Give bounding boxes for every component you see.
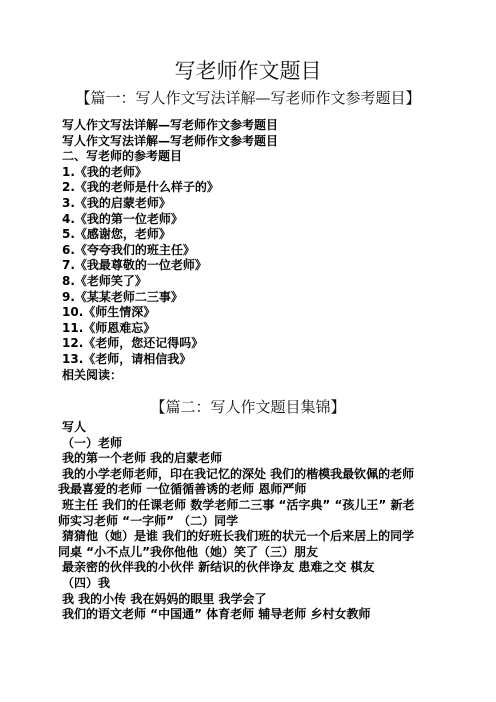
section-2-body: 写人 （一）老师 我的第一个老师 我的启蒙老师 我的小学老师老师，印在我记忆的深… (62, 420, 442, 623)
text-line: 师实习老师 “一字师” （二）同学 (58, 514, 442, 530)
text-line: 写人作文写法详解—写老师作文参考题目 (62, 134, 442, 150)
text-line: 我的第一个老师 我的启蒙老师 (62, 451, 442, 467)
subheading: （一）老师 (62, 436, 442, 452)
text-line: 我 我的小传 我在妈妈的眼里 我学会了 (62, 592, 442, 608)
subheading: （四）我 (62, 576, 442, 592)
list-item: 7.《我最尊敬的一位老师》 (62, 258, 442, 274)
list-item: 3.《我的启蒙老师》 (62, 196, 442, 212)
text-line: 二、写老师的参考题目 (62, 149, 442, 165)
text-line: 我们的语文老师 “中国通” 体育老师 辅导老师 乡村女教师 (62, 607, 442, 623)
list-item: 13.《老师，请相信我》 (62, 352, 442, 368)
list-item: 10.《师生情深》 (62, 305, 442, 321)
section-1-heading: 【篇一：写人作文写法详解—写老师作文参考题目】 (0, 88, 496, 108)
text-line: 班主任 我们的任课老师 数学老师二三事 “活字典” “孩儿王” 新老 (62, 498, 442, 514)
text-line: 写人 (62, 420, 442, 436)
section-2-heading: 【篇二：写人作文题目集锦】 (0, 397, 496, 417)
section-1-body: 写人作文写法详解—写老师作文参考题目 写人作文写法详解—写老师作文参考题目 二、… (62, 118, 442, 383)
document-title: 写老师作文题目 (0, 58, 496, 84)
text-line: 同桌 “小不点儿”我你他他（她）笑了（三）朋友 (58, 545, 442, 561)
list-item: 9.《某某老师二三事》 (62, 290, 442, 306)
list-item: 11.《师恩难忘》 (62, 321, 442, 337)
list-item: 8.《老师笑了》 (62, 274, 442, 290)
document-page: 写老师作文题目 【篇一：写人作文写法详解—写老师作文参考题目】 写人作文写法详解… (0, 0, 496, 702)
text-line: 我最喜爱的老师 一位循循善诱的老师 恩师严师 (58, 482, 442, 498)
list-item: 4.《我的第一位老师》 (62, 212, 442, 228)
text-line: 写人作文写法详解—写老师作文参考题目 (62, 118, 442, 134)
text-line: 猜猜他（她）是谁 我们的好班长我们班的状元一个后来居上的同学 (62, 529, 442, 545)
list-item: 12.《老师，您还记得吗》 (62, 336, 442, 352)
list-item: 2.《我的老师是什么样子的》 (62, 180, 442, 196)
list-item: 6.《夸夸我们的班主任》 (62, 243, 442, 259)
text-line: 我的小学老师老师，印在我记忆的深处 我们的楷模我最钦佩的老师 (62, 467, 442, 483)
list-item: 1.《我的老师》 (62, 165, 442, 181)
text-line: 最亲密的伙伴我的小伙伴 新结识的伙伴诤友 患难之交 棋友 (62, 560, 442, 576)
list-item: 5.《感谢您，老师》 (62, 227, 442, 243)
related-reading-label: 相关阅读： (62, 368, 442, 384)
